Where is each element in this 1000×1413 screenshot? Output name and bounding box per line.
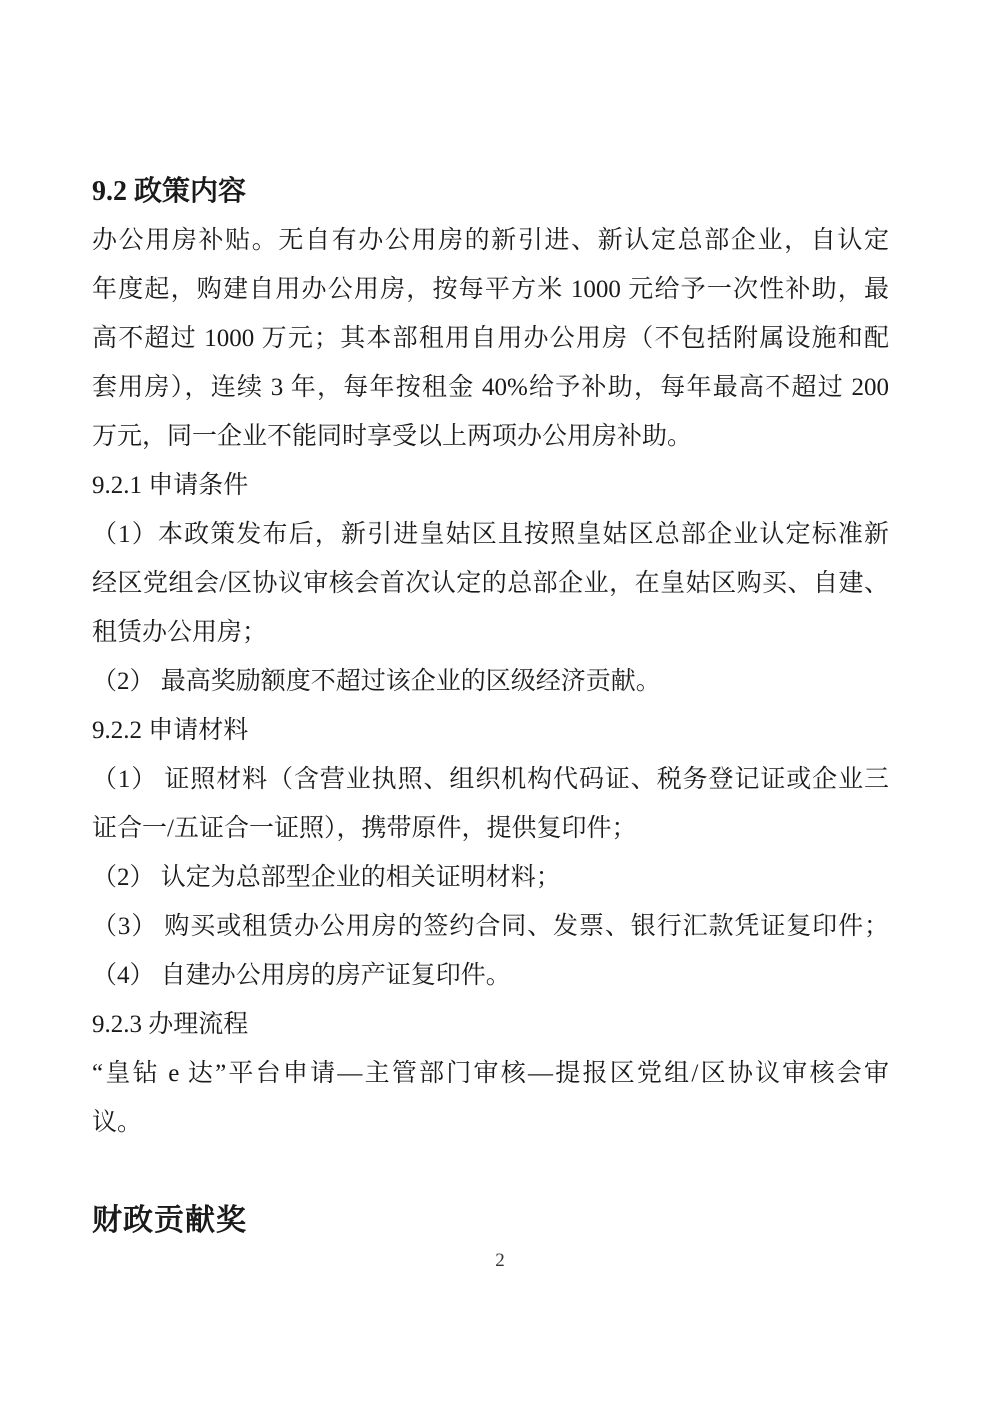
section-heading-fiscal-award: 财政贡献奖 <box>92 1196 889 1245</box>
para-office-subsidy-line-1: 办公用房补贴。无自有办公用房的新引进、新认定总部企业，自认定 <box>92 216 889 265</box>
para-office-subsidy-line-5: 万元，同一企业不能同时享受以上两项办公用房补助。 <box>92 412 889 461</box>
material-item-1-line-1: （1） 证照材料（含营业执照、组织机构代码证、税务登记证或企业三 <box>92 755 889 804</box>
process-flow-line-1: “皇钻 e 达”平台申请—主管部门审核—提报区党组/区协议审核会审 <box>92 1049 889 1098</box>
material-item-2: （2） 认定为总部型企业的相关证明材料； <box>92 853 889 902</box>
material-item-3: （3） 购买或租赁办公用房的签约合同、发票、银行汇款凭证复印件； <box>92 902 889 951</box>
section-heading-9-2-1: 9.2.1 申请条件 <box>92 461 889 510</box>
material-item-1-line-2: 证合一/五证合一证照），携带原件，提供复印件； <box>92 804 889 853</box>
para-office-subsidy-line-2: 年度起，购建自用办公用房，按每平方米 1000 元给予一次性补助，最 <box>92 265 889 314</box>
condition-item-1-line-1: （1）本政策发布后，新引进皇姑区且按照皇姑区总部企业认定标准新 <box>92 510 889 559</box>
condition-item-1-line-2: 经区党组会/区协议审核会首次认定的总部企业，在皇姑区购买、自建、 <box>92 559 889 608</box>
page-number: 2 <box>495 1250 505 1271</box>
document-page: 9.2 政策内容 办公用房补贴。无自有办公用房的新引进、新认定总部企业，自认定 … <box>0 0 1000 1413</box>
para-office-subsidy-line-3: 高不超过 1000 万元；其本部租用自用办公用房（不包括附属设施和配 <box>92 314 889 363</box>
page-content: 9.2 政策内容 办公用房补贴。无自有办公用房的新引进、新认定总部企业，自认定 … <box>92 167 889 1245</box>
section-heading-9-2-3: 9.2.3 办理流程 <box>92 1000 889 1049</box>
para-office-subsidy-line-4: 套用房），连续 3 年，每年按租金 40%给予补助，每年最高不超过 200 <box>92 363 889 412</box>
condition-item-2: （2） 最高奖励额度不超过该企业的区级经济贡献。 <box>92 657 889 706</box>
process-flow-line-2: 议。 <box>92 1098 889 1147</box>
material-item-4: （4） 自建办公用房的房产证复印件。 <box>92 951 889 1000</box>
section-heading-9-2: 9.2 政策内容 <box>92 167 889 216</box>
page-footer: 2 <box>0 1246 1000 1276</box>
condition-item-1-line-3: 租赁办公用房； <box>92 608 889 657</box>
section-heading-9-2-2: 9.2.2 申请材料 <box>92 706 889 755</box>
